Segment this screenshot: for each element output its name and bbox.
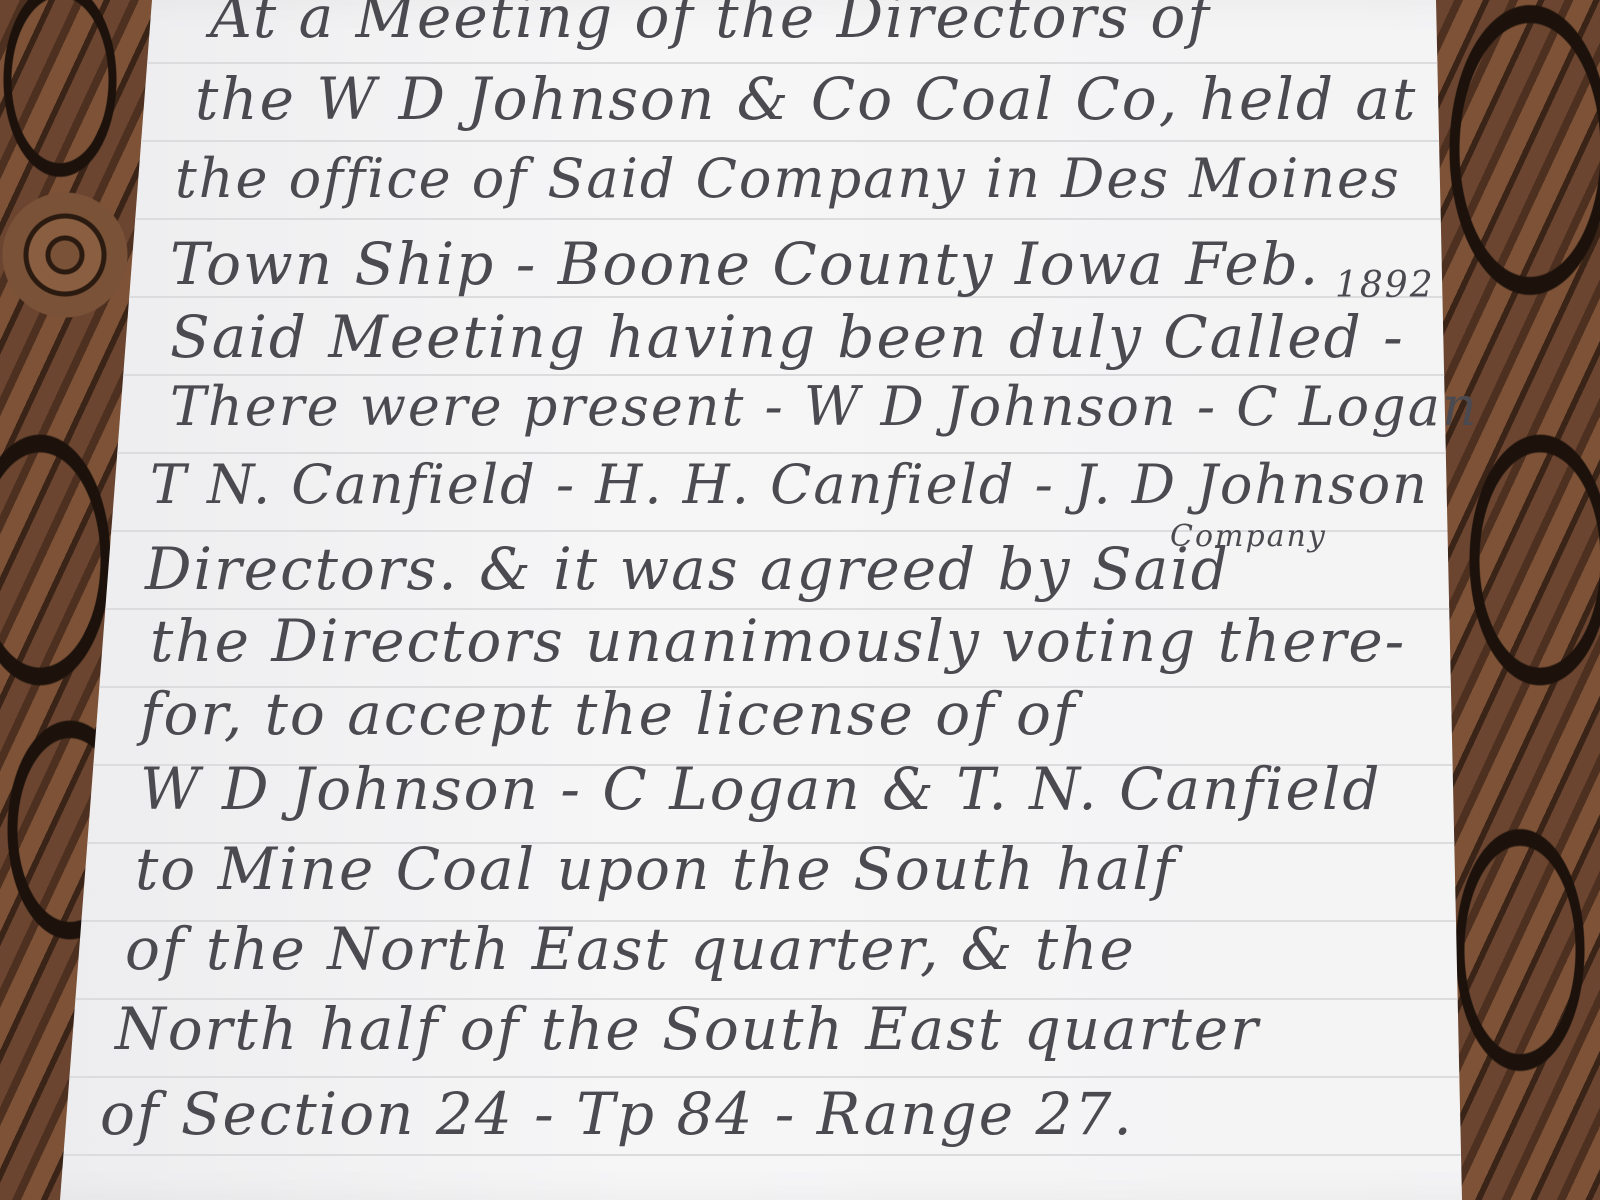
- text-line-9: the Directors unanimously voting there-: [150, 612, 1406, 670]
- text-line-10: for, to accept the license of of: [140, 685, 1076, 743]
- text-line-13: of the North East quarter, & the: [125, 920, 1136, 978]
- text-line-2: the W D Johnson & Co Coal Co, held at: [195, 70, 1417, 128]
- text-line-1: At a Meeting of the Directors of: [210, 0, 1211, 46]
- text-line-12: to Mine Coal upon the South half: [135, 840, 1176, 898]
- text-line-4: Town Ship - Boone County Iowa Feb.: [170, 235, 1320, 293]
- text-line-3: the office of Said Company in Des Moines: [175, 152, 1401, 206]
- text-line-11: W D Johnson - C Logan & T. N. Canfield: [140, 760, 1381, 818]
- text-line-6: There were present - W D Johnson - C Log…: [170, 380, 1479, 434]
- text-line-14: North half of the South East quarter: [115, 1000, 1260, 1058]
- text-line-15: of Section 24 - Tp 84 - Range 27.: [100, 1085, 1134, 1143]
- handwritten-text: At a Meeting of the Directors of the W D…: [0, 0, 1600, 1200]
- text-line-8: Directors. & it was agreed by Said: [145, 540, 1230, 598]
- text-line-7: T N. Canfield - H. H. Canfield - J. D Jo…: [150, 458, 1429, 512]
- text-line-5: Said Meeting having been duly Called -: [170, 308, 1405, 366]
- date-margin-note: 1892: [1335, 268, 1435, 304]
